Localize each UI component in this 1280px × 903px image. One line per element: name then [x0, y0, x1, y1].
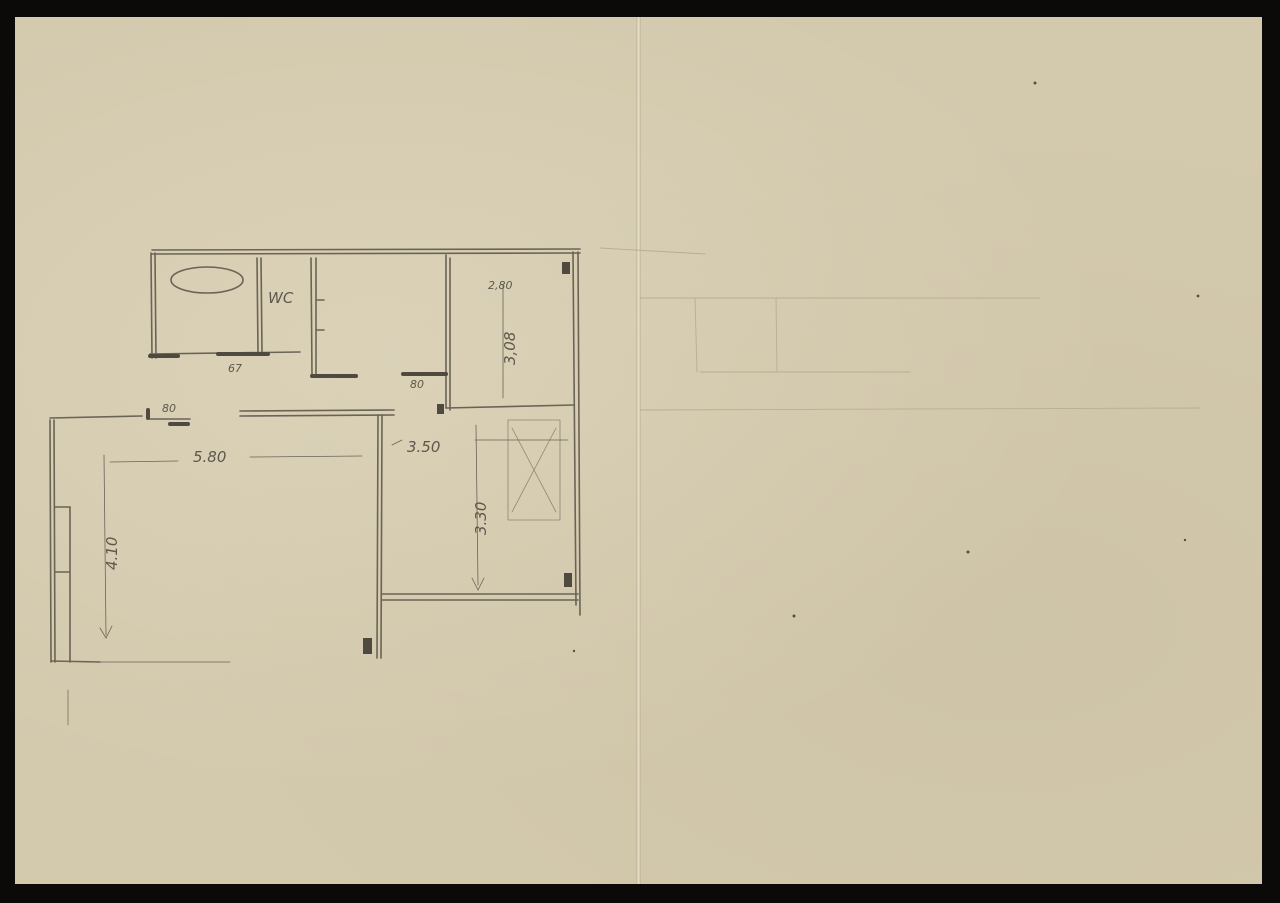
door-width-80-left: 80	[162, 402, 176, 415]
bedroom-width-3-50: 3.50	[407, 438, 440, 456]
living-depth-4-10: 4.10	[103, 537, 121, 570]
wardrobe-icon	[508, 420, 560, 520]
right-room-left-wall	[446, 255, 450, 410]
living-left-wall	[50, 420, 55, 662]
living-bedroom-partition	[377, 415, 382, 658]
door-width-80: 80	[410, 378, 424, 391]
bedroom-depth-3-30: 3.30	[472, 502, 490, 535]
bathroom-left-wall	[151, 253, 156, 358]
right-room-bottom-wall	[446, 405, 574, 408]
living-width-5-80: 5.80	[193, 448, 226, 466]
room-width-2-80: 2,80	[488, 279, 513, 292]
bath-wc-partition	[257, 258, 262, 352]
paper-specks	[573, 82, 1200, 653]
living-top-wall-right	[240, 410, 394, 416]
wc-hall-partition	[311, 258, 316, 375]
living-bottom-wall	[51, 661, 100, 662]
room-depth-3-08: 3,08	[501, 332, 519, 365]
wc-label: WC	[268, 289, 294, 307]
floor-plan-drawing: WC 67 80 80 2,80 3,08 5.80 4.10 3.50 3.3…	[0, 0, 1280, 903]
bedroom-bottom-wall	[382, 594, 578, 600]
show-through-lines	[600, 248, 1200, 410]
door-width-67: 67	[228, 362, 242, 375]
living-top-wall-left	[50, 416, 190, 419]
dim-line-5-80	[110, 456, 362, 462]
bathtub-icon	[171, 267, 243, 293]
top-wall	[152, 249, 580, 254]
right-outer-wall	[573, 252, 580, 615]
